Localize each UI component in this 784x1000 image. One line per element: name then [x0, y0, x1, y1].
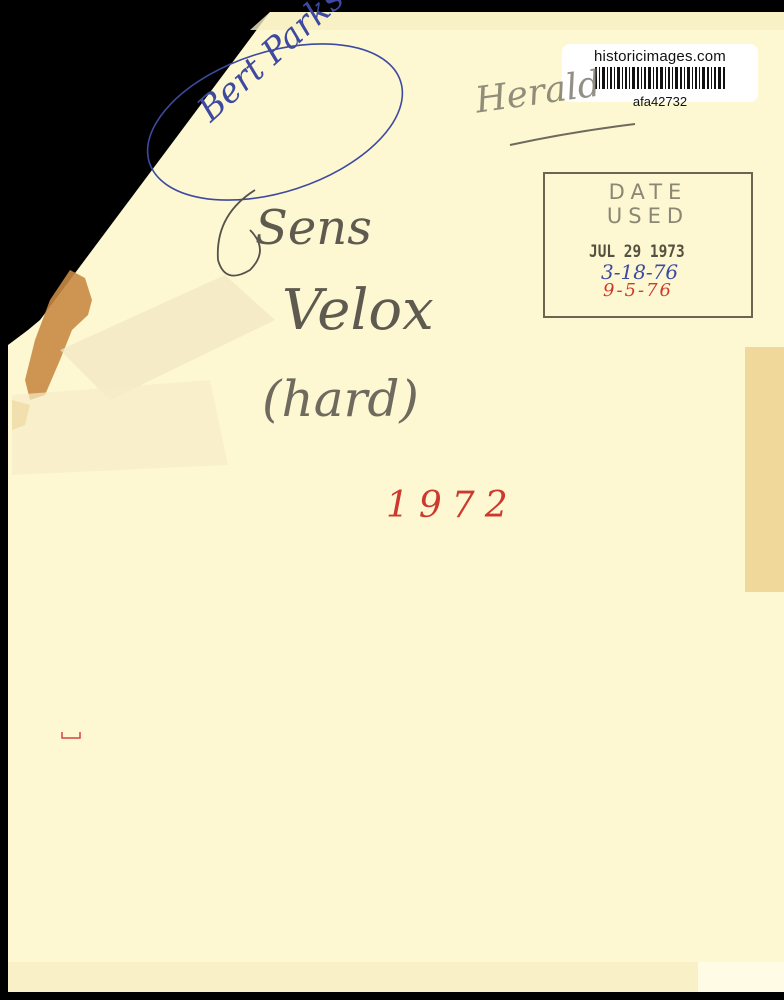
date-used-stamp: DATE USED JUL 29 1973 3-18-76 9-5-76 — [543, 172, 753, 318]
pencil-note-line1: Sens — [255, 200, 372, 256]
barcode-icon — [595, 67, 725, 89]
stamp-handwritten-date-2: 9-5-76 — [603, 280, 673, 301]
stamp-title-line2: USED — [545, 204, 751, 228]
stamp-printed-date: JUL 29 1973 — [589, 242, 685, 262]
stamp-title-line1: DATE — [545, 180, 751, 204]
watermark-site: historicimages.com — [562, 48, 758, 65]
pencil-note-line3: (hard) — [262, 370, 419, 428]
red-year: 1972 — [386, 485, 518, 526]
pencil-note-line2: Velox — [282, 278, 434, 343]
